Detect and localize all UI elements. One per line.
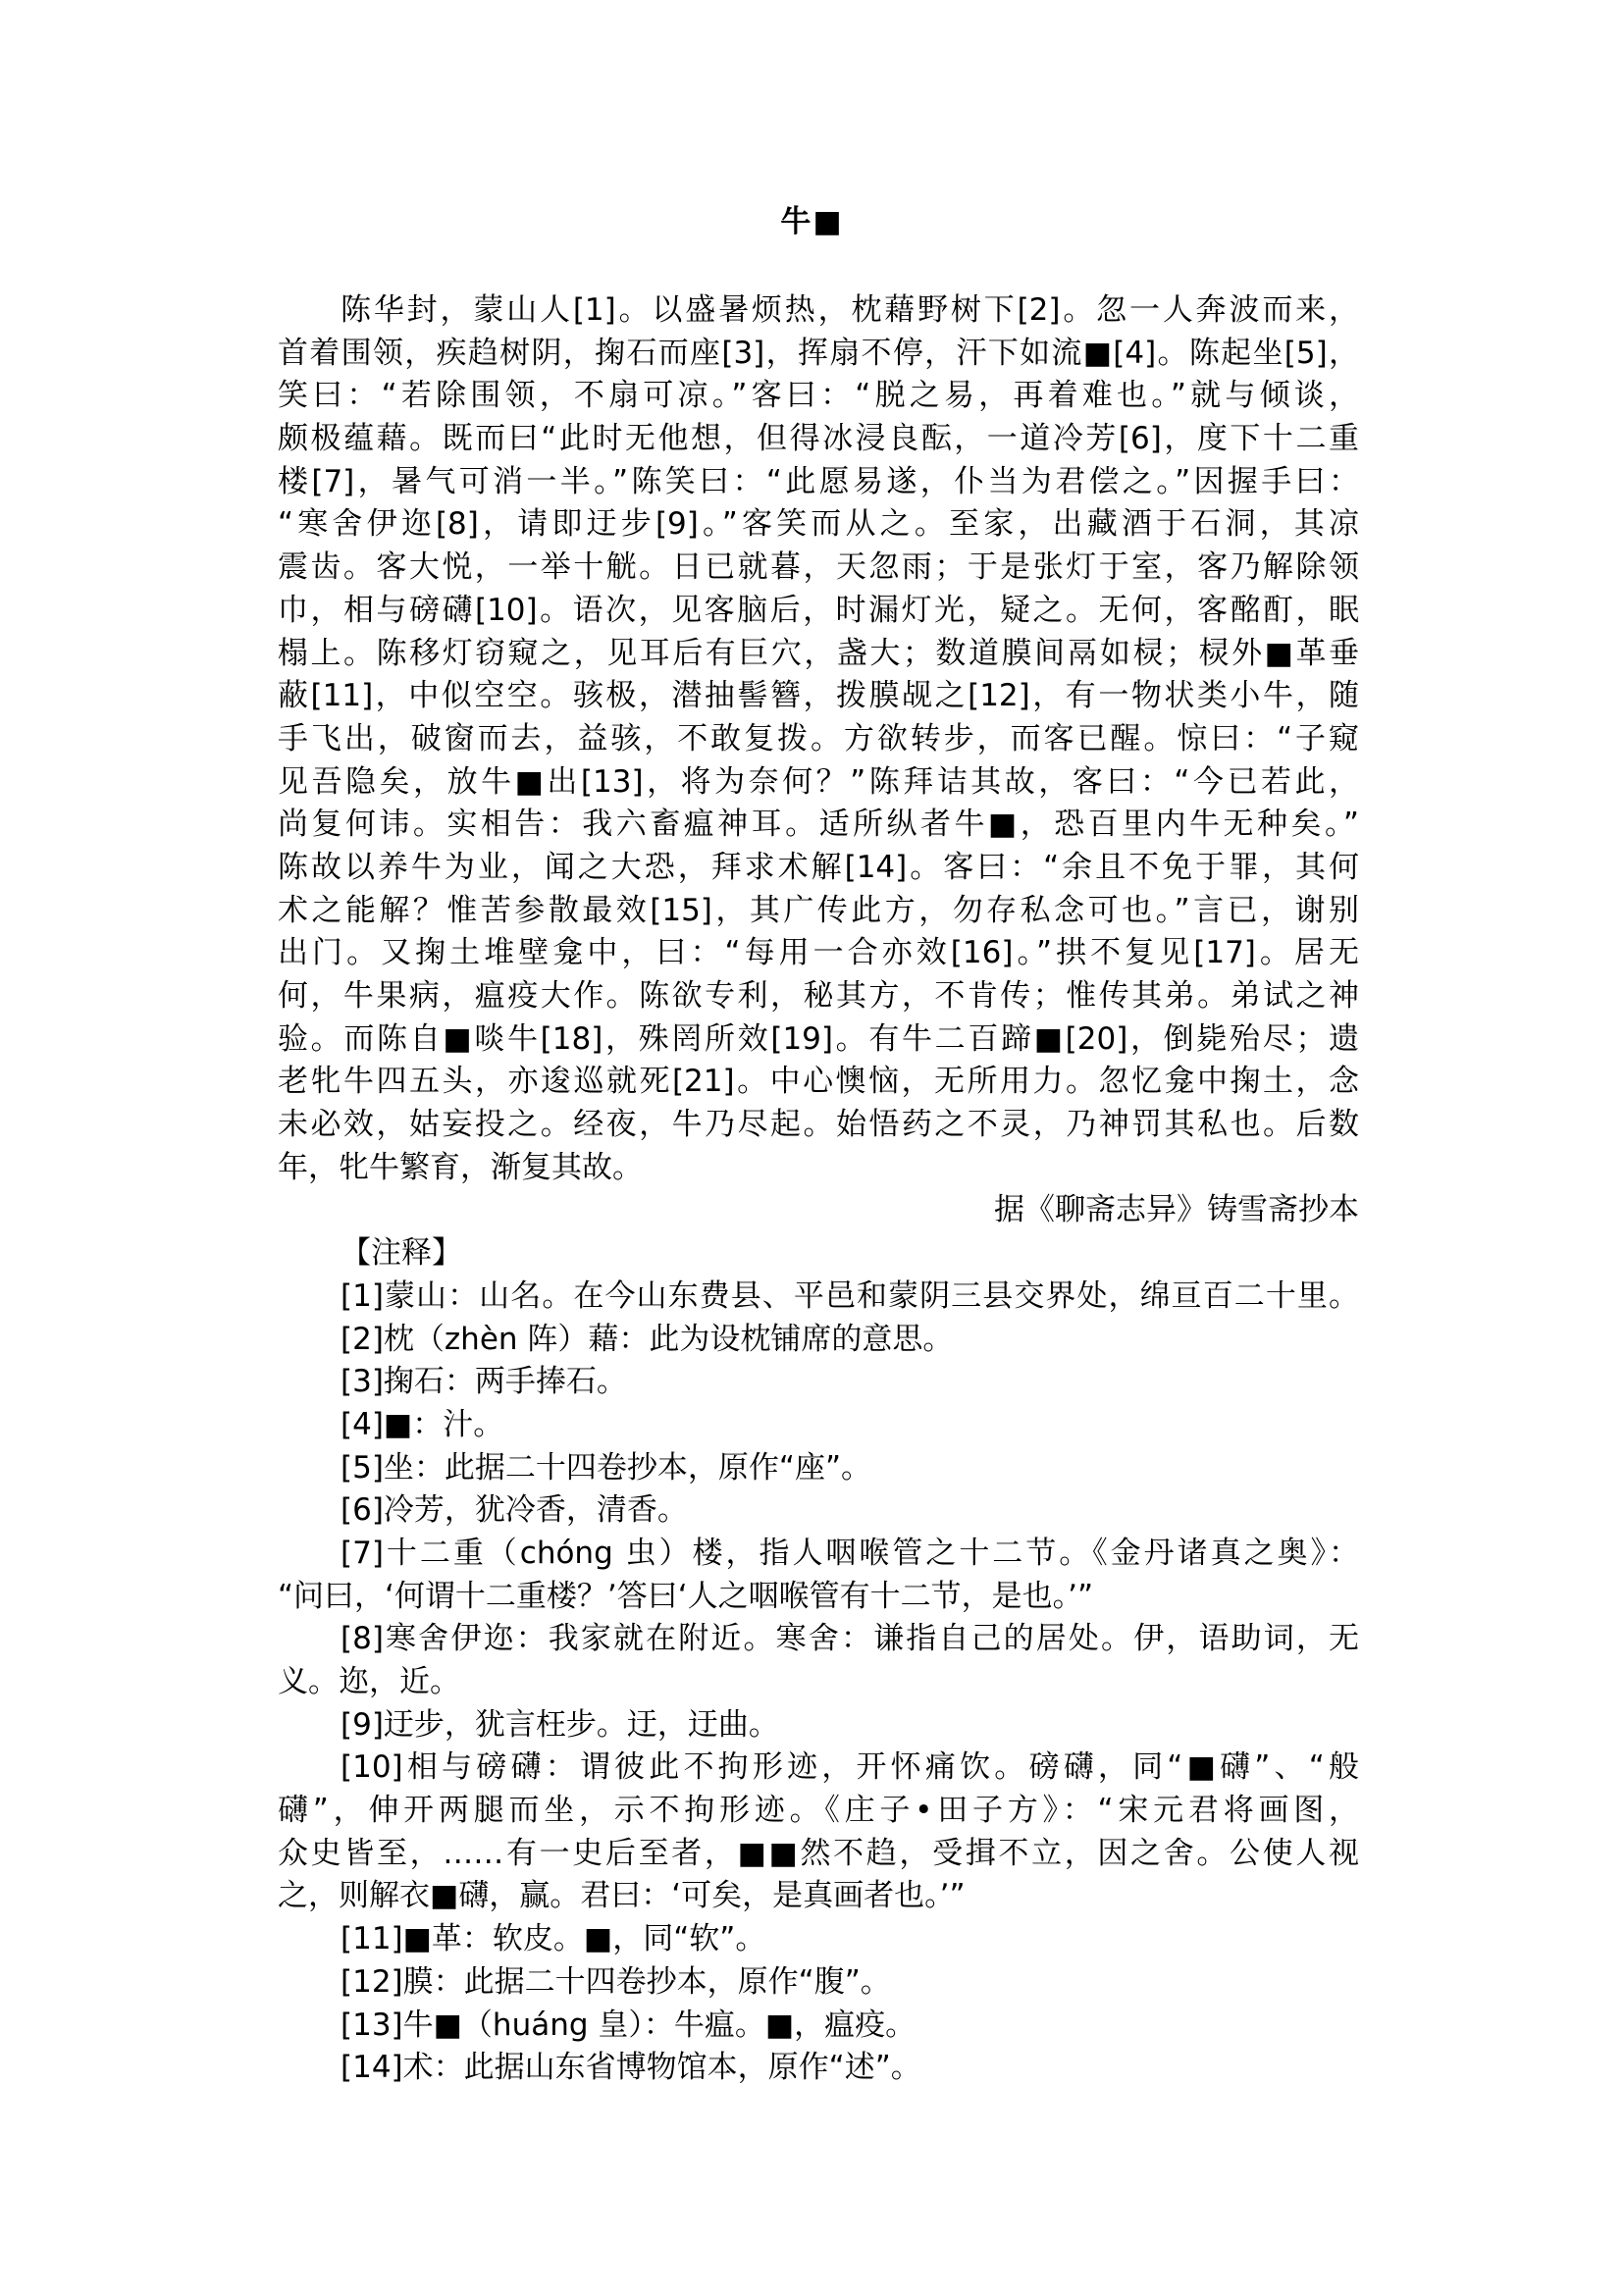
note-line: “问曰，‘何谓十二重楼？’答曰‘人之咽喉管有十二节，是也。’”: [278, 1576, 1359, 1619]
note-line: [8]寒舍伊迩：我家就在附近。寒舍：谦指自己的居处。伊，语助词，无: [278, 1618, 1359, 1661]
note-line: 礴”，伸开两腿而坐，示不拘形迹。《庄子•田子方》：“宋元君将画图，: [278, 1790, 1359, 1833]
story-line: 术之能解？惟苦参散最效[15]，其广传此方，勿存私念可也。”言已，谢别: [278, 890, 1359, 933]
note-line: [11]■革：软皮。■，同“软”。: [278, 1918, 1359, 1961]
note-line: [2]枕（zhèn 阵）藉：此为设枕铺席的意思。: [278, 1319, 1359, 1362]
note-line: 众史皆至，……有一史后至者，■■然不趋，受揖不立，因之舍。公使人视: [278, 1833, 1359, 1876]
story-line: “寒舍伊迩[8]，请即迂步[9]。”客笑而从之。至家，出藏酒于石洞，其凉: [278, 503, 1359, 547]
note-line: 之，则解衣■礴，赢。君曰：‘可矣，是真画者也。’”: [278, 1875, 1359, 1918]
source-attribution: 据《聊斋志异》铸雪斋抄本: [278, 1189, 1359, 1232]
story-line: 首着围领，疾趋树阴，掬石而座[3]，挥扇不停，汗下如流■[4]。陈起坐[5]，: [278, 333, 1359, 376]
story-line: 老牝牛四五头，亦逡巡就死[21]。中心懊恼，无所用力。忽忆龛中掬土，念: [278, 1061, 1359, 1104]
story-line: 笑曰：“若除围领，不扇可凉。”客曰：“脱之易，再着难也。”就与倾谈，: [278, 375, 1359, 418]
story-line: 见吾隐矣，放牛■出[13]，将为奈何？”陈拜诘其故，客曰：“今已若此，: [278, 761, 1359, 805]
story-line: 陈华封，蒙山人[1]。以盛暑烦热，枕藉野树下[2]。忽一人奔波而来，: [278, 289, 1359, 333]
story-line: 陈故以养牛为业，闻之大恐，拜求术解[14]。客曰：“余且不免于罪，其何: [278, 847, 1359, 890]
story-line: 榻上。陈移灯窃窥之，见耳后有巨穴，盏大；数道膜间鬲如棂；棂外■革垂: [278, 633, 1359, 676]
note-line: [13]牛■（huáng 皇）：牛瘟。■，瘟疫。: [278, 2005, 1359, 2048]
note-line: [1]蒙山：山名。在今山东费县、平邑和蒙阴三县交界处，绵亘百二十里。: [278, 1276, 1359, 1319]
story-line: 楼[7]，暑气可消一半。”陈笑曰：“此愿易遂，仆当为君偿之。”因握手曰：: [278, 461, 1359, 504]
note-line: [10]相与磅礴：谓彼此不拘形迹，开怀痛饮。磅礴，同“■礴”、“般: [278, 1747, 1359, 1790]
story-line: 蔽[11]，中似空空。骇极，潜抽髻簪，拨膜觇之[12]，有一物状类小牛，随: [278, 675, 1359, 718]
story-line: 年，牝牛繁育，渐复其故。: [278, 1147, 1359, 1190]
note-line: [6]冷芳，犹冷香，清香。: [278, 1489, 1359, 1533]
note-line: [9]迂步，犹言枉步。迂，迂曲。: [278, 1704, 1359, 1747]
note-line: [5]坐：此据二十四卷抄本，原作“座”。: [278, 1447, 1359, 1490]
story-line: 何，牛果病，瘟疫大作。陈欲专利，秘其方，不肯传；惟传其弟。弟试之神: [278, 975, 1359, 1018]
notes-heading: 【注释】: [278, 1232, 1359, 1276]
document-body: 陈华封，蒙山人[1]。以盛暑烦热，枕藉野树下[2]。忽一人奔波而来， 首着围领，…: [278, 289, 1359, 2090]
story-line: 颇极蕴藉。既而曰“此时无他想，但得冰浸良酝，一道冷芳[6]，度下十二重: [278, 418, 1359, 461]
story-line: 验。而陈自■啖牛[18]，殊罔所效[19]。有牛二百蹄■[20]，倒毙殆尽；遗: [278, 1018, 1359, 1062]
note-line: [12]膜：此据二十四卷抄本，原作“腹”。: [278, 1961, 1359, 2005]
note-line: [7]十二重（chóng 虫）楼，指人咽喉管之十二节。《金丹诸真之奥》：: [278, 1533, 1359, 1576]
story-line: 尚复何讳。实相告：我六畜瘟神耳。适所纵者牛■，恐百里内牛无种矣。”: [278, 804, 1359, 847]
note-line: 义。迩，近。: [278, 1661, 1359, 1704]
story-line: 手飞出，破窗而去，益骇，不敢复拨。方欲转步，而客已醒。惊曰：“子窥: [278, 718, 1359, 761]
note-line: [14]术：此据山东省博物馆本，原作“述”。: [278, 2047, 1359, 2090]
note-line: [3]掬石：两手捧石。: [278, 1361, 1359, 1404]
story-line: 未必效，姑妄投之。经夜，牛乃尽起。始悟药之不灵，乃神罚其私也。后数: [278, 1104, 1359, 1147]
story-line: 巾，相与磅礴[10]。语次，见客脑后，时漏灯光，疑之。无何，客酩酊，眠: [278, 590, 1359, 633]
page-title: 牛■: [0, 201, 1624, 244]
story-line: 出门。又掬土堆壁龛中，曰：“每用一合亦效[16]。”拱不复见[17]。居无: [278, 932, 1359, 975]
story-line: 震齿。客大悦，一举十觥。日已就暮，天忽雨；于是张灯于室，客乃解除领: [278, 547, 1359, 590]
note-line: [4]■：汁。: [278, 1404, 1359, 1447]
